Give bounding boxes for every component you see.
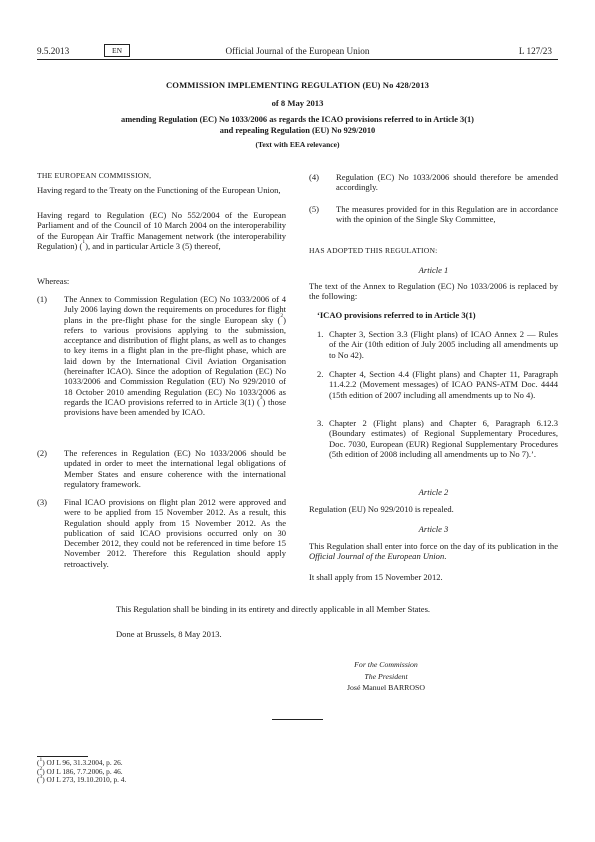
- annex-item-3: 3. Chapter 2 (Flight plans) and Chapter …: [317, 418, 558, 470]
- article-2-text: Regulation (EU) No 929/2010 is repealed.: [309, 504, 558, 514]
- regulation-date: of 8 May 2013: [37, 98, 558, 108]
- regulation-title: COMMISSION IMPLEMENTING REGULATION (EU) …: [37, 80, 558, 90]
- annex-item-1: 1. Chapter 3, Section 3.3 (Flight plans)…: [317, 329, 558, 361]
- regulation-subtitle: amending Regulation (EC) No 1033/2006 as…: [37, 114, 558, 136]
- subtitle-line-1: amending Regulation (EC) No 1033/2006 as…: [37, 114, 558, 125]
- having-regard-regulation: Having regard to Regulation (EC) No 552/…: [37, 210, 286, 251]
- signature-role: The President: [330, 671, 442, 683]
- recital-number: (3): [37, 497, 47, 507]
- quoted-annex-title: ‘ICAO provisions referred to in Article …: [317, 310, 566, 320]
- recital-text: The references in Regulation (EC) No 103…: [64, 448, 286, 489]
- recital-text: The Annex to Commission Regulation (EC) …: [64, 294, 286, 418]
- whereas: Whereas:: [37, 276, 286, 286]
- having-regard-treaty: Having regard to the Treaty on the Funct…: [37, 185, 286, 195]
- eea-relevance: (Text with EEA relevance): [37, 140, 558, 149]
- end-rule: [272, 719, 323, 720]
- recital-number: (5): [309, 204, 319, 214]
- recital-2: (2) The references in Regulation (EC) No…: [37, 448, 286, 492]
- recital-number: (4): [309, 172, 319, 182]
- recital-text: Final ICAO provisions on flight plan 201…: [64, 497, 286, 569]
- recital-number: (2): [37, 448, 47, 458]
- header-rule: [37, 59, 558, 60]
- journal-name-italic: Official Journal of the European Union: [309, 551, 444, 561]
- recital-text: Regulation (EC) No 1033/2006 should ther…: [336, 172, 558, 193]
- recital-1: (1) The Annex to Commission Regulation (…: [37, 294, 286, 436]
- recital-text: The measures provided for in this Regula…: [336, 204, 558, 225]
- done-at: Done at Brussels, 8 May 2013.: [116, 629, 222, 639]
- page-reference: L 127/23: [519, 45, 552, 57]
- article-1-heading: Article 1: [309, 265, 558, 275]
- article-3-text: This Regulation shall enter into force o…: [309, 541, 558, 562]
- signature-block: For the Commission The President José Ma…: [330, 659, 442, 694]
- footnote-3: (3) OJ L 273, 19.10.2010, p. 4.: [37, 776, 126, 784]
- recital-3: (3) Final ICAO provisions on flight plan…: [37, 497, 286, 581]
- journal-title: Official Journal of the European Union: [0, 45, 595, 57]
- signature-for: For the Commission: [330, 659, 442, 671]
- recital-number: (1): [37, 294, 47, 304]
- adoption-statement: HAS ADOPTED THIS REGULATION:: [309, 245, 558, 256]
- subtitle-line-2: and repealing Regulation (EU) No 929/201…: [37, 125, 558, 136]
- article-2-heading: Article 2: [309, 487, 558, 497]
- institution: THE EUROPEAN COMMISSION,: [37, 170, 286, 181]
- article-3-apply: It shall apply from 15 November 2012.: [309, 572, 558, 582]
- binding-statement: This Regulation shall be binding in its …: [116, 604, 430, 614]
- footnote-rule: [37, 756, 88, 757]
- recital-4: (4) Regulation (EC) No 1033/2006 should …: [309, 172, 558, 194]
- recital-5: (5) The measures provided for in this Re…: [309, 204, 558, 238]
- annex-item-2: 2. Chapter 4, Section 4.4 (Flight plans)…: [317, 369, 558, 411]
- article-3-heading: Article 3: [309, 524, 558, 534]
- signature-name: José Manuel BARROSO: [330, 682, 442, 694]
- article-1-intro: The text of the Annex to Regulation (EC)…: [309, 281, 558, 302]
